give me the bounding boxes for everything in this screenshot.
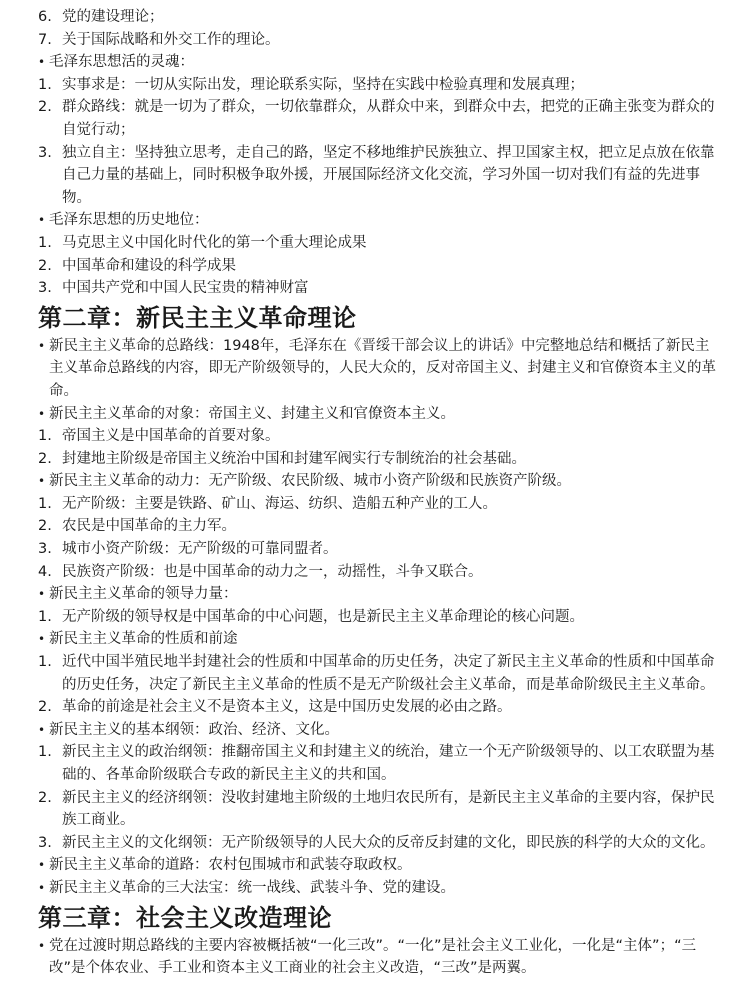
list-number: 2.	[38, 96, 52, 119]
item-text: 新民主主义革命的对象：帝国主义、封建主义和官僚资本主义。	[49, 406, 455, 422]
numbered-item: 2.中国革命和建设的科学成果	[38, 255, 716, 278]
bullet-marker: •	[38, 719, 45, 742]
item-text: 毛泽东思想的历史地位：	[49, 212, 209, 228]
bullet-item: •新民主主义革命的三大法宝：统一战线、武装斗争、党的建设。	[38, 877, 716, 900]
list-number: 4.	[38, 561, 52, 584]
item-text: 新民主主义的文化纲领：无产阶级领导的人民大众的反帝反封建的文化，即民族的科学的大…	[62, 835, 715, 851]
numbered-item: 3.城市小资产阶级：无产阶级的可靠同盟者。	[38, 538, 716, 561]
bullet-marker: •	[38, 403, 45, 426]
bullet-marker: •	[38, 877, 45, 900]
bullet-item: •新民主主义革命的总路线：1948年，毛泽东在《晋绥干部会议上的讲话》中完整地总…	[38, 335, 716, 403]
list-number: 3.	[38, 538, 52, 561]
item-text: 新民主主义革命的动力：无产阶级、农民阶级、城市小资产阶级和民族资产阶级。	[49, 473, 571, 489]
list-number: 2.	[38, 787, 52, 810]
item-text: 群众路线：就是一切为了群众，一切依靠群众，从群众中来，到群众中去，把党的正确主张…	[62, 99, 715, 138]
list-number: 1.	[38, 741, 52, 764]
item-text: 新民主主义革命的道路：农村包围城市和武装夺取政权。	[49, 857, 412, 873]
list-number: 3.	[38, 277, 52, 300]
list-number: 3.	[38, 832, 52, 855]
numbered-item: 3.独立自主：坚持独立思考，走自己的路，坚定不移地维护民族独立、捍卫国家主权，把…	[38, 142, 716, 210]
bullet-marker: •	[38, 470, 45, 493]
item-text: 新民主主义的经济纲领：没收封建地主阶级的土地归农民所有，是新民主主义革命的主要内…	[62, 790, 715, 829]
item-text: 新民主主义的政治纲领：推翻帝国主义和封建主义的统治，建立一个无产阶级领导的、以工…	[62, 744, 715, 783]
numbered-item: 2.革命的前途是社会主义不是资本主义，这是中国历史发展的必由之路。	[38, 696, 716, 719]
item-text: 党在过渡时期总路线的主要内容被概括被“一化三改”。“一化”是社会主义工业化，一化…	[49, 938, 696, 977]
item-text: 新民主主义革命的领导力量：	[49, 586, 238, 602]
numbered-item: 3.中国共产党和中国人民宝贵的精神财富	[38, 277, 716, 300]
numbered-item: 1.近代中国半殖民地半封建社会的性质和中国革命的历史任务，决定了新民主主义革命的…	[38, 651, 716, 696]
item-text: 无产阶级的领导权是中国革命的中心问题，也是新民主主义革命理论的核心问题。	[62, 609, 584, 625]
list-number: 1.	[38, 493, 52, 516]
numbered-item: 3.新民主主义的文化纲领：无产阶级领导的人民大众的反帝反封建的文化，即民族的科学…	[38, 832, 716, 855]
item-text: 党的建设理论；	[62, 9, 164, 25]
list-number: 1.	[38, 606, 52, 629]
chapter-heading: 第二章：新民主主义革命理论	[38, 302, 716, 334]
item-text: 无产阶级：主要是铁路、矿山、海运、纺织、造船五种产业的工人。	[62, 496, 497, 512]
item-text: 新民主主义革命的性质和前途	[49, 631, 238, 647]
numbered-item: 1.帝国主义是中国革命的首要对象。	[38, 425, 716, 448]
item-text: 中国共产党和中国人民宝贵的精神财富	[62, 280, 309, 296]
item-text: 中国革命和建设的科学成果	[62, 258, 236, 274]
numbered-item: 1.新民主主义的政治纲领：推翻帝国主义和封建主义的统治，建立一个无产阶级领导的、…	[38, 741, 716, 786]
list-number: 3.	[38, 142, 52, 165]
item-text: 封建地主阶级是帝国主义统治中国和封建军阀实行专制统治的社会基础。	[62, 451, 526, 467]
bullet-marker: •	[38, 209, 45, 232]
bullet-marker: •	[38, 51, 45, 74]
bullet-item: •新民主主义革命的道路：农村包围城市和武装夺取政权。	[38, 854, 716, 877]
item-text: 新民主主义革命的三大法宝：统一战线、武装斗争、党的建设。	[49, 880, 455, 896]
numbered-item: 1.实事求是：一切从实际出发，理论联系实际，坚持在实践中检验真理和发展真理；	[38, 74, 716, 97]
list-number: 2.	[38, 448, 52, 471]
item-text: 实事求是：一切从实际出发，理论联系实际，坚持在实践中检验真理和发展真理；	[62, 77, 584, 93]
item-text: 民族资产阶级：也是中国革命的动力之一，动摇性，斗争又联合。	[62, 564, 483, 580]
numbered-item: 6.党的建设理论；	[38, 6, 716, 29]
item-text: 关于国际战略和外交工作的理论。	[62, 32, 280, 48]
document-body: 6.党的建设理论；7.关于国际战略和外交工作的理论。•毛泽东思想活的灵魂：1.实…	[0, 0, 740, 980]
list-number: 2.	[38, 696, 52, 719]
chapter-heading: 第三章：社会主义改造理论	[38, 902, 716, 934]
bullet-marker: •	[38, 335, 45, 358]
list-number: 7.	[38, 29, 52, 52]
bullet-item: •毛泽东思想的历史地位：	[38, 209, 716, 232]
item-text: 独立自主：坚持独立思考，走自己的路，坚定不移地维护民族独立、捍卫国家主权，把立足…	[62, 145, 715, 206]
item-text: 新民主主义的基本纲领：政治、经济、文化。	[49, 722, 339, 738]
list-number: 1.	[38, 74, 52, 97]
numbered-item: 2.农民是中国革命的主力军。	[38, 515, 716, 538]
list-number: 2.	[38, 255, 52, 278]
numbered-item: 7.关于国际战略和外交工作的理论。	[38, 29, 716, 52]
item-text: 新民主主义革命的总路线：1948年，毛泽东在《晋绥干部会议上的讲话》中完整地总结…	[49, 338, 716, 399]
bullet-item: •新民主主义革命的动力：无产阶级、农民阶级、城市小资产阶级和民族资产阶级。	[38, 470, 716, 493]
bullet-marker: •	[38, 854, 45, 877]
numbered-item: 2.群众路线：就是一切为了群众，一切依靠群众，从群众中来，到群众中去，把党的正确…	[38, 96, 716, 141]
item-text: 毛泽东思想活的灵魂：	[49, 54, 194, 70]
numbered-item: 1.无产阶级：主要是铁路、矿山、海运、纺织、造船五种产业的工人。	[38, 493, 716, 516]
item-text: 农民是中国革命的主力军。	[62, 518, 236, 534]
bullet-item: •新民主主义的基本纲领：政治、经济、文化。	[38, 719, 716, 742]
numbered-item: 1.无产阶级的领导权是中国革命的中心问题，也是新民主主义革命理论的核心问题。	[38, 606, 716, 629]
numbered-item: 2.封建地主阶级是帝国主义统治中国和封建军阀实行专制统治的社会基础。	[38, 448, 716, 471]
bullet-item: •党在过渡时期总路线的主要内容被概括被“一化三改”。“一化”是社会主义工业化，一…	[38, 935, 716, 980]
bullet-marker: •	[38, 935, 45, 958]
list-number: 1.	[38, 232, 52, 255]
item-text: 近代中国半殖民地半封建社会的性质和中国革命的历史任务，决定了新民主主义革命的性质…	[62, 654, 715, 693]
item-text: 城市小资产阶级：无产阶级的可靠同盟者。	[62, 541, 338, 557]
list-number: 2.	[38, 515, 52, 538]
item-text: 革命的前途是社会主义不是资本主义，这是中国历史发展的必由之路。	[62, 699, 512, 715]
bullet-item: •新民主主义革命的对象：帝国主义、封建主义和官僚资本主义。	[38, 403, 716, 426]
numbered-item: 1.马克思主义中国化时代化的第一个重大理论成果	[38, 232, 716, 255]
numbered-item: 2.新民主主义的经济纲领：没收封建地主阶级的土地归农民所有，是新民主主义革命的主…	[38, 787, 716, 832]
bullet-item: •新民主主义革命的性质和前途	[38, 628, 716, 651]
bullet-marker: •	[38, 628, 45, 651]
list-number: 1.	[38, 425, 52, 448]
list-number: 6.	[38, 6, 52, 29]
bullet-item: •毛泽东思想活的灵魂：	[38, 51, 716, 74]
bullet-item: •新民主主义革命的领导力量：	[38, 583, 716, 606]
item-text: 帝国主义是中国革命的首要对象。	[62, 428, 280, 444]
list-number: 1.	[38, 651, 52, 674]
item-text: 马克思主义中国化时代化的第一个重大理论成果	[62, 235, 367, 251]
bullet-marker: •	[38, 583, 45, 606]
numbered-item: 4.民族资产阶级：也是中国革命的动力之一，动摇性，斗争又联合。	[38, 561, 716, 584]
